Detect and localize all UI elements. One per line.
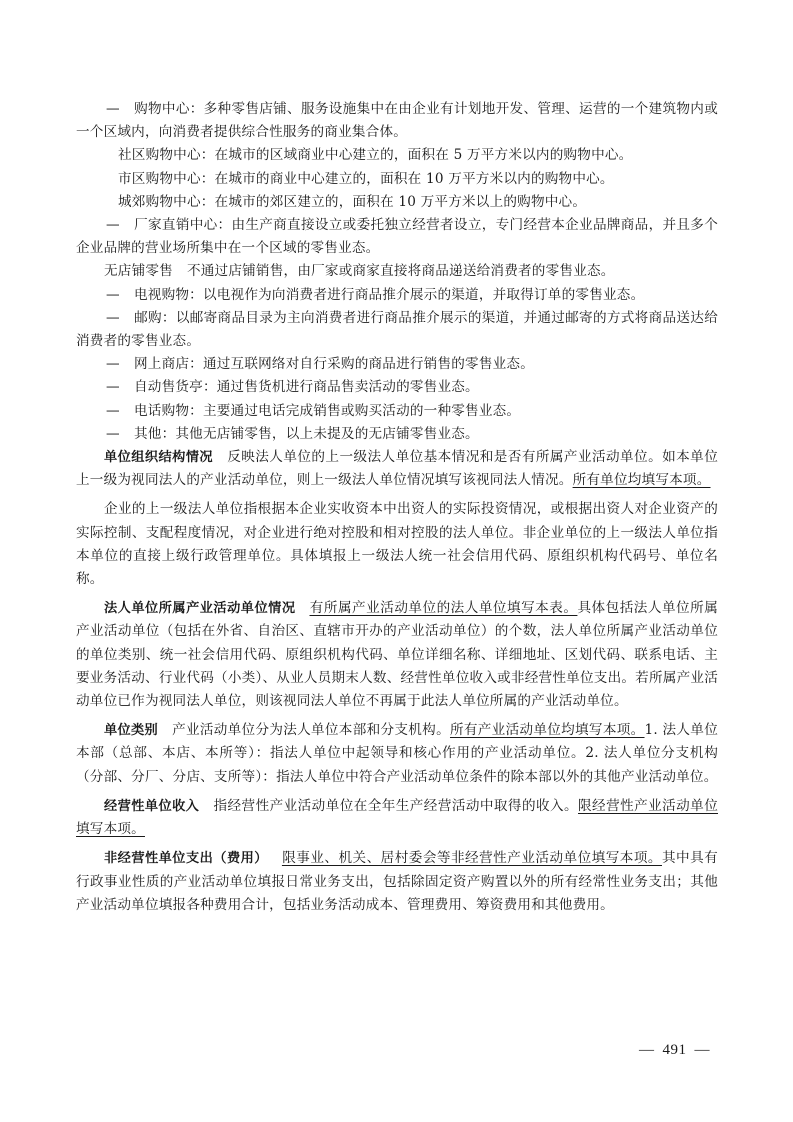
item-text: 邮购：以邮寄商品目录为主向消费者进行商品推介展示的渠道，并通过邮寄的方式将商品送… xyxy=(76,310,718,349)
dash-bullet: — xyxy=(106,307,134,330)
item-text: 其他：其他无店铺零售，以上未提及的无店铺零售业态。 xyxy=(134,426,479,442)
page-number: 491 xyxy=(663,1042,687,1058)
section-text: 指经营性产业活动单位在全年生产经营活动中取得的收入。 xyxy=(213,798,578,814)
section-text: 产业活动单位分为法人单位本部和分支机构。 xyxy=(172,722,450,738)
section-unit-category: 单位类别产业活动单位分为法人单位本部和分支机构。所有产业活动单位均填写本项。1.… xyxy=(76,719,718,789)
item-text: 网上商店：通过互联网络对自行采购的商品进行销售的零售业态。 xyxy=(134,356,534,372)
dash-bullet: — xyxy=(106,98,134,121)
dash-bullet: — xyxy=(106,376,134,399)
footer-dash-right: — xyxy=(695,1042,711,1059)
item-text: 电话购物：主要通过电话完成销售或购买活动的一种零售业态。 xyxy=(134,403,520,419)
section-non-operating-expense: 非经营性单位支出（费用）限事业、机关、居村委会等非经营性产业活动单位填写本项。其… xyxy=(76,847,718,917)
item-text: 电视购物：以电视作为向消费者进行商品推介展示的渠道，并取得订单的零售业态。 xyxy=(134,287,644,303)
definition-text: 厂家直销中心：由生产商直接设立或委托独立经营者设立，专门经营本企业品牌商品，并且… xyxy=(76,217,718,256)
section-org-structure: 单位组织结构情况反映法人单位的上一级法人单位基本情况和是否有所属产业活动单位。如… xyxy=(76,446,718,492)
underlined-requirement: 所有单位均填写本项。 xyxy=(573,472,711,488)
non-store-item-phone: —电话购物：主要通过电话完成销售或购买活动的一种零售业态。 xyxy=(76,400,718,423)
dash-bullet: — xyxy=(106,423,134,446)
subtype-urban-center: 市区购物中心：在城市的商业中心建立的，面积在 10 万平方米以内的购物中心。 xyxy=(76,168,718,191)
non-store-item-tv: —电视购物：以电视作为向消费者进行商品推介展示的渠道，并取得订单的零售业态。 xyxy=(76,284,718,307)
footer-dash-left: — xyxy=(639,1042,655,1059)
section-operating-income: 经营性单位收入指经营性产业活动单位在全年生产经营活动中取得的收入。限经营性产业活… xyxy=(76,795,718,841)
item-text: 自动售货亭：通过售货机进行商品售卖活动的零售业态。 xyxy=(134,379,479,395)
document-page: —购物中心：多种零售店铺、服务设施集中在由企业有计划地开发、管理、运营的一个建筑… xyxy=(76,98,718,917)
definition-shopping-center: —购物中心：多种零售店铺、服务设施集中在由企业有计划地开发、管理、运营的一个建筑… xyxy=(76,98,718,144)
term-heading: 法人单位所属产业活动单位情况 xyxy=(104,601,296,616)
term-heading: 非经营性单位支出（费用） xyxy=(104,851,268,866)
non-store-item-online: —网上商店：通过互联网络对自行采购的商品进行销售的零售业态。 xyxy=(76,353,718,376)
term-label: 无店铺零售 xyxy=(104,263,173,279)
dash-bullet: — xyxy=(106,400,134,423)
section-parent-unit: 企业的上一级法人单位指根据本企业实收资本中出资人的实际投资情况，或根据出资人对企… xyxy=(76,498,718,591)
definition-text: 购物中心：多种零售店铺、服务设施集中在由企业有计划地开发、管理、运营的一个建筑物… xyxy=(76,101,718,140)
term-heading: 单位组织结构情况 xyxy=(104,450,213,465)
non-store-item-other: —其他：其他无店铺零售，以上未提及的无店铺零售业态。 xyxy=(76,423,718,446)
underlined-requirement: 所有产业活动单位均填写本项。 xyxy=(450,722,645,738)
definition-non-store-retail: 无店铺零售不通过店铺销售，由厂家或商家直接将商品递送给消费者的零售业态。 xyxy=(76,260,718,283)
section-text: 具体包括法人单位所属产业活动单位（包括在外省、自治区、直辖市开办的产业活动单位）… xyxy=(76,600,718,709)
non-store-item-vending: —自动售货亭：通过售货机进行商品售卖活动的零售业态。 xyxy=(76,376,718,399)
underlined-requirement: 限事业、机关、居村委会等非经营性产业活动单位填写本项。 xyxy=(282,850,662,866)
underlined-requirement: 有所属产业活动单位的法人单位填写本表。 xyxy=(310,600,578,616)
dash-bullet: — xyxy=(106,353,134,376)
dash-bullet: — xyxy=(106,214,134,237)
subtype-community-center: 社区购物中心：在城市的区域商业中心建立的，面积在 5 万平方米以内的购物中心。 xyxy=(76,144,718,167)
dash-bullet: — xyxy=(106,284,134,307)
definition-factory-outlet: —厂家直销中心：由生产商直接设立或委托独立经营者设立，专门经营本企业品牌商品，并… xyxy=(76,214,718,260)
page-number-footer: —491— xyxy=(631,1042,718,1059)
section-affiliated-units: 法人单位所属产业活动单位情况有所属产业活动单位的法人单位填写本表。具体包括法人单… xyxy=(76,597,718,713)
term-heading: 经营性单位收入 xyxy=(104,799,199,814)
definition-text: 不通过店铺销售，由厂家或商家直接将商品递送给消费者的零售业态。 xyxy=(187,263,615,279)
term-heading: 单位类别 xyxy=(104,723,158,738)
subtype-suburban-center: 城郊购物中心：在城市的郊区建立的，面积在 10 万平方米以上的购物中心。 xyxy=(76,191,718,214)
non-store-item-mail-order: —邮购：以邮寄商品目录为主向消费者进行商品推介展示的渠道，并通过邮寄的方式将商品… xyxy=(76,307,718,353)
